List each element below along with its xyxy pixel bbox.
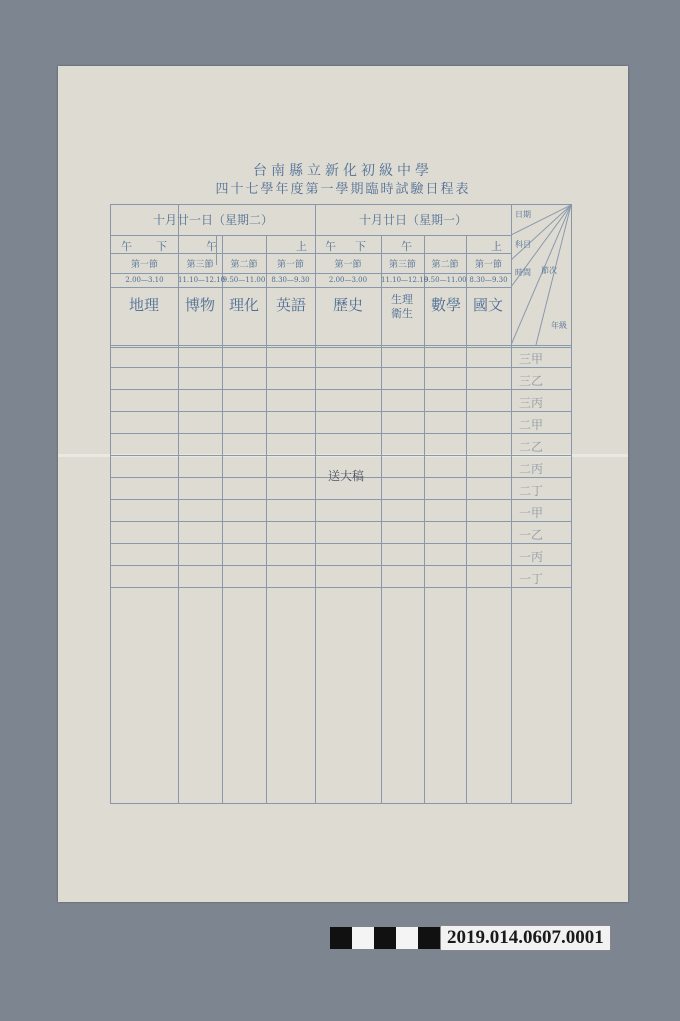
pm-label: 午 xyxy=(121,238,132,254)
catalog-label: 2019.014.0607.0001 xyxy=(330,926,611,950)
time-label: 2.00—3.00 xyxy=(315,276,381,284)
grade-label: 二乙 xyxy=(519,438,564,455)
day-header-1: 十月廿日（星期一） xyxy=(315,211,511,228)
day-header-2: 十月廿一日（星期二） xyxy=(111,211,315,228)
period-label: 第三節 xyxy=(381,257,424,270)
subject-label: 數學 xyxy=(431,293,461,317)
grade-label: 三甲 xyxy=(519,350,564,367)
subject-label: 英語 xyxy=(276,293,306,317)
period-label: 第三節 xyxy=(178,257,222,270)
period-label: 第一節 xyxy=(315,257,381,270)
period-label: 第一節 xyxy=(111,257,178,270)
period-label: 第一節 xyxy=(266,257,315,270)
corner-label-subject: 科目 xyxy=(515,239,531,250)
subject-label: 地理 xyxy=(129,293,159,317)
am-label: 上 xyxy=(296,238,307,254)
time-label: 11.10—12.10 xyxy=(381,276,424,284)
time-label: 8.30—9.30 xyxy=(466,276,511,284)
corner-label-time: 時間 xyxy=(515,267,531,278)
noon-label: 午 xyxy=(401,238,412,254)
time-label: 9.50—11.00 xyxy=(424,276,466,284)
grade-label: 一甲 xyxy=(519,504,564,521)
time-label: 9.50—11.00 xyxy=(222,276,266,284)
time-label: 2.00—3.10 xyxy=(111,276,178,284)
subject-label: 理化 xyxy=(229,293,259,317)
document-paper: 台南縣立新化初級中學 四十七學年度第一學期臨時試驗日程表 十月廿一日（星期二） xyxy=(58,66,628,902)
grade-label: 二丁 xyxy=(519,482,564,499)
noon-label: 午 xyxy=(206,238,217,254)
handwritten-note: 送大稿 xyxy=(328,467,364,484)
exam-schedule-table: 十月廿一日（星期二） 十月廿日（星期一） 午 下 午 上 午 下 午 上 第一節… xyxy=(110,204,572,804)
grade-label: 三乙 xyxy=(519,372,564,389)
grade-label: 一丙 xyxy=(519,548,564,565)
subject-label: 歷史 xyxy=(333,293,363,317)
time-label: 8.30—9.30 xyxy=(266,276,315,284)
document-title: 台南縣立新化初級中學 xyxy=(58,160,628,180)
period-label: 第二節 xyxy=(222,257,266,270)
corner-label-date: 日期 xyxy=(515,209,531,220)
document-subtitle: 四十七學年度第一學期臨時試驗日程表 xyxy=(58,178,628,197)
grade-label: 二甲 xyxy=(519,416,564,433)
period-label: 第二節 xyxy=(424,257,466,270)
subject-label: 生理衛生 xyxy=(391,293,413,321)
grade-label: 三丙 xyxy=(519,394,564,411)
subject-label: 國文 xyxy=(473,293,503,317)
corner-label-grade: 年級 xyxy=(551,320,567,331)
subject-label: 博物 xyxy=(185,293,215,317)
grade-label: 一丁 xyxy=(519,570,564,587)
pm-label: 下 xyxy=(156,238,167,254)
time-label: 11.10—12.10 xyxy=(178,276,222,284)
corner-label-period: 節次 xyxy=(541,265,557,276)
pm-label: 下 xyxy=(355,238,366,254)
pm-label: 午 xyxy=(325,238,336,254)
period-label: 第一節 xyxy=(466,257,511,270)
grade-label: 一乙 xyxy=(519,526,564,543)
am-label: 上 xyxy=(491,238,502,254)
catalog-id: 2019.014.0607.0001 xyxy=(440,925,611,951)
grade-label: 二丙 xyxy=(519,460,564,477)
